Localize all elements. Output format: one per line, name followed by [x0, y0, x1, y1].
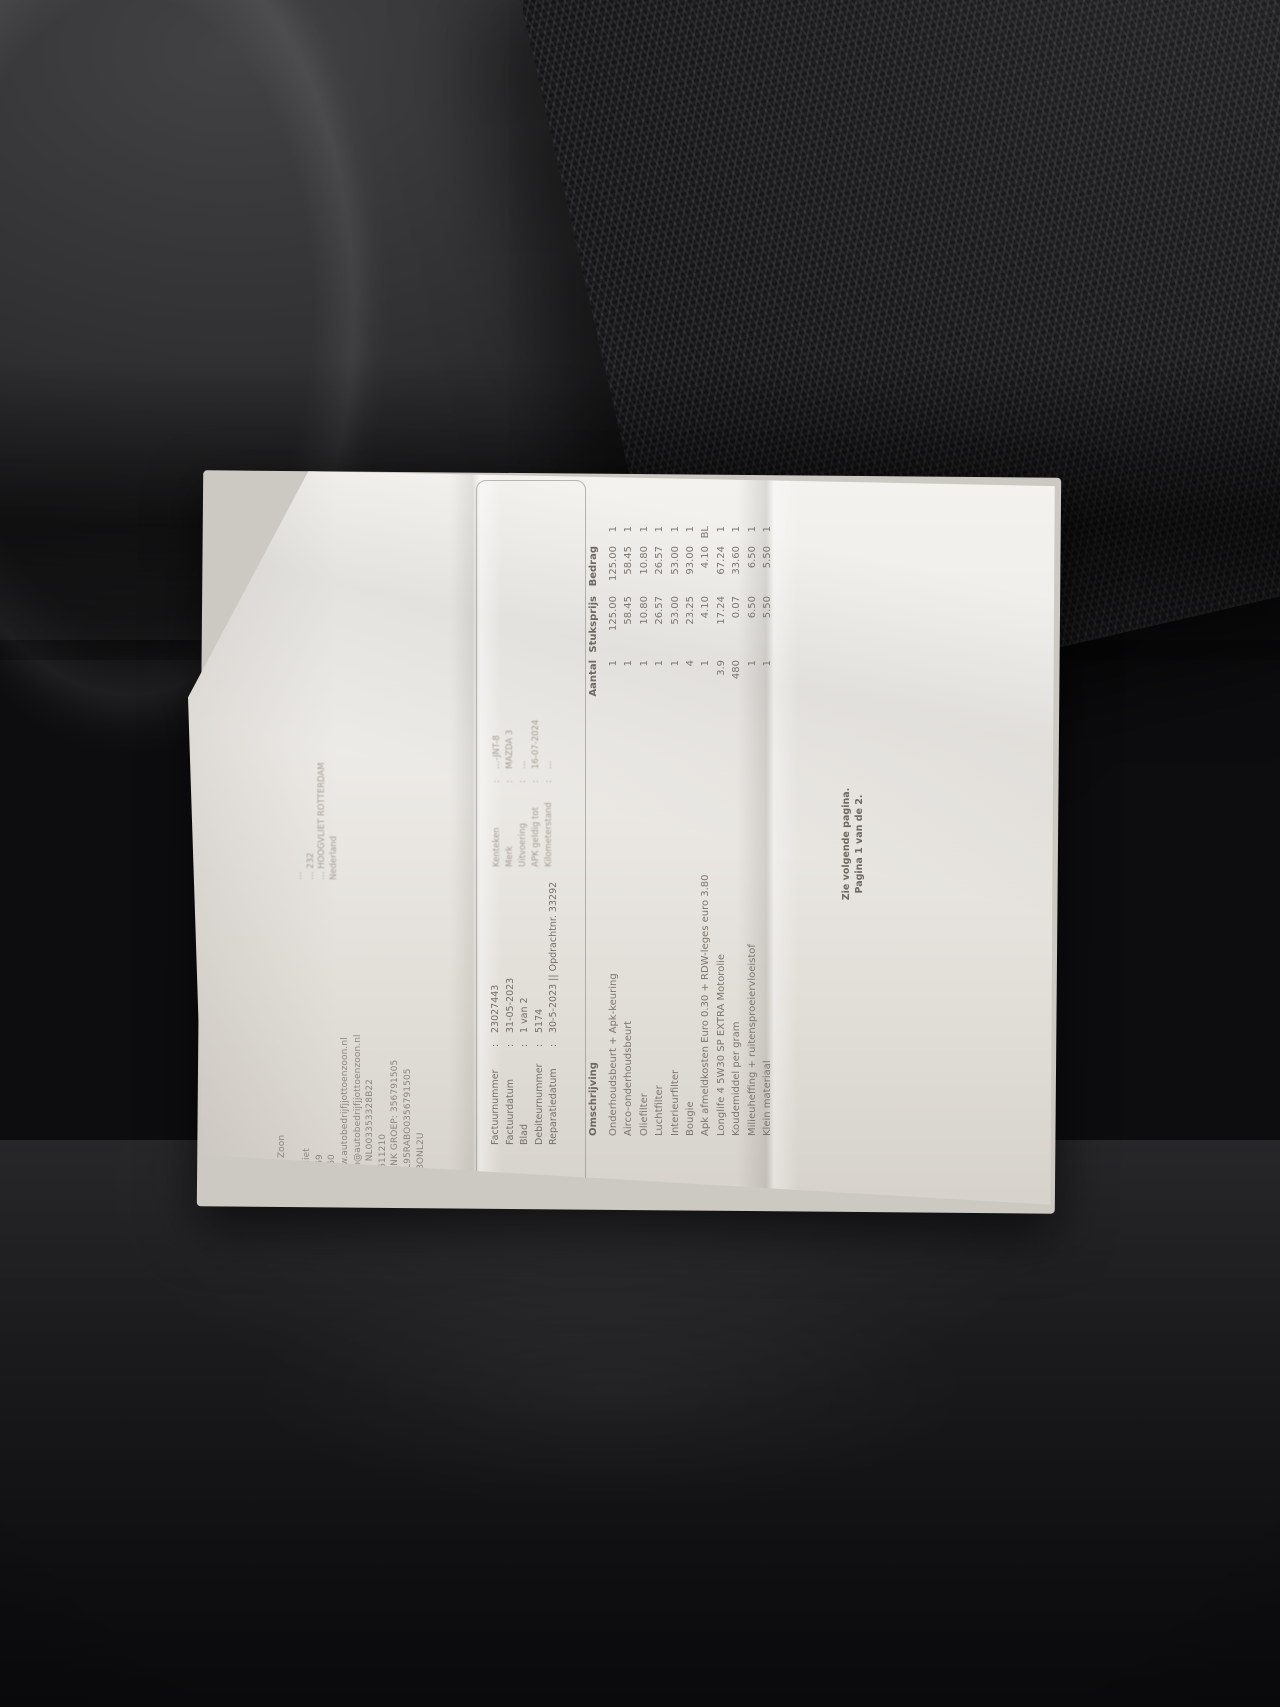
photo-scene: JJ Otto en Zoon …g 3-7 … Hoogvliet …4388… [0, 0, 1280, 1707]
photo-vignette [0, 0, 1280, 1707]
